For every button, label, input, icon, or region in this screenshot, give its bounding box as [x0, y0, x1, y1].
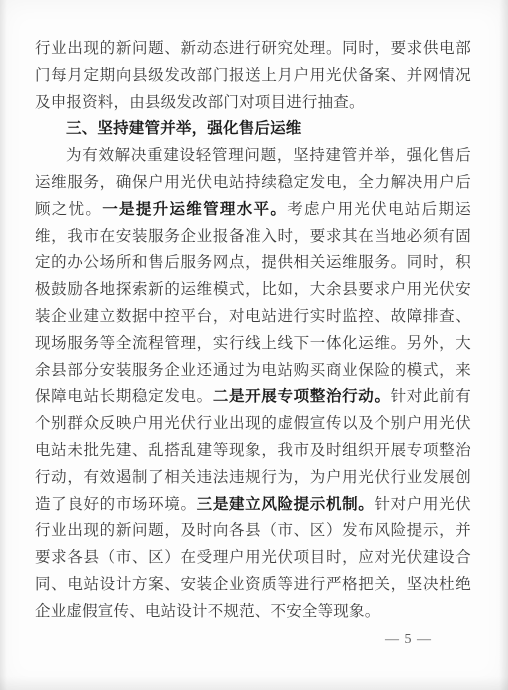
bold-emphasis-third-point: 三是建立风险提示机制。 [197, 496, 375, 513]
paragraph-continuation: 行业出现的新问题、新动态进行研究处理。同时，要求供电部门每月定期向县级发改部门报… [35, 36, 471, 116]
document-body: 行业出现的新问题、新动态进行研究处理。同时，要求供电部门每月定期向县级发改部门报… [35, 36, 471, 626]
text-segment: 考虑户用光伏电站后期运维，我市在安装服务企业报备准入时，要求其在当地必须有固定的… [35, 201, 471, 406]
text-segment: 针对户用光伏行业出现的新问题，及时向各县（市、区）发布风险提示，并要求各县（市、… [35, 496, 471, 620]
paragraph-body: 为有效解决重建设轻管理问题，坚持建管并举，强化售后运维服务，确保户用光伏电站持续… [35, 143, 471, 625]
scan-edge-shadow-bottom [0, 676, 508, 690]
text-segment: 针对此前有个别群众反映户用光伏行业出现的虚假宣传以及个别户用光伏电站未批先建、乱… [35, 388, 471, 512]
section-heading: 三、坚持建管并举，强化售后运维 [35, 116, 471, 143]
page-number: — 5 — [385, 631, 432, 649]
scan-edge-shadow-right [499, 0, 508, 690]
bold-emphasis-second-point: 二是开展专项整治行动。 [213, 388, 391, 405]
document-page: 行业出现的新问题、新动态进行研究处理。同时，要求供电部门每月定期向县级发改部门报… [0, 0, 508, 690]
bold-emphasis-first-point: 一是提升运维管理水平。 [102, 201, 287, 218]
text-segment: 行业出现的新问题、新动态进行研究处理。同时，要求供电部门每月定期向县级发改部门报… [35, 40, 471, 111]
scan-edge-shadow-left [0, 0, 7, 690]
